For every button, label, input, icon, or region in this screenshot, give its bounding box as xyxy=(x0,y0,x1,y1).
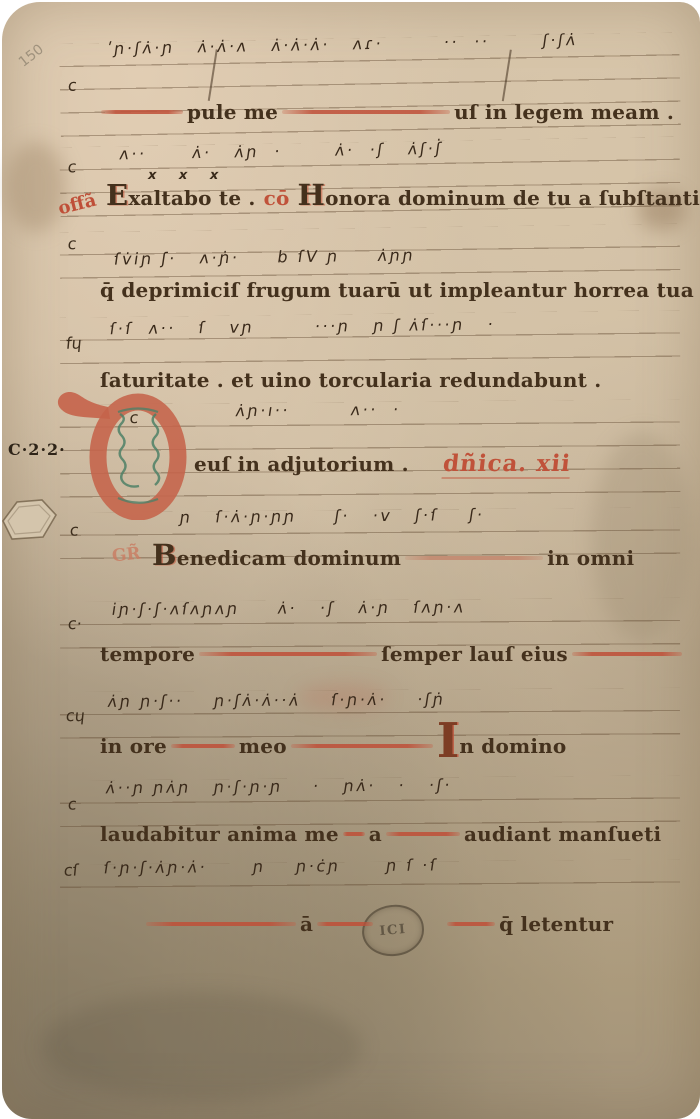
significative-letters: x x x xyxy=(146,168,228,183)
chant-text: q̄ letentur xyxy=(499,912,613,936)
communio-rubric: cō xyxy=(264,186,290,210)
red-extender-line xyxy=(343,832,365,837)
red-extender-line xyxy=(171,744,235,749)
chant-text: xaltabo te . xyxy=(128,186,255,210)
chant-text: in omni xyxy=(547,546,634,570)
red-extender-line xyxy=(317,922,373,927)
chant-text: euſ in adjutorium . xyxy=(194,452,409,476)
clef-letter: c· xyxy=(67,614,83,633)
illuminated-initial-D xyxy=(54,386,198,520)
parchment-page: 150 c ʹɲ·ʃʌ̇·ɲ ʌ̇·ʌ̇·ʌ ʌ̇·ʌ̇·ʌ̇· ʌɾ· ·· … xyxy=(2,2,700,1119)
neume-notation: ʌ̇ɲ ɲ·ʃ·· ɲ·ʃʌ̇·ʌ̇··ʌ̇ ſ·ɲ·ʌ̇· ·ʃɲ̇ xyxy=(106,689,447,710)
manuscript-photo: 150 c ʹɲ·ʃʌ̇·ɲ ʌ̇·ʌ̇·ʌ ʌ̇·ʌ̇·ʌ̇· ʌɾ· ·· … xyxy=(0,0,700,1119)
red-extender-line xyxy=(282,110,450,115)
music-staff-system: cſ ſ·ɲ·ʃ·ʌ̇ɲ·ʌ̇· ɲ ɲ·ċɲ ɲ ſ ·ſ xyxy=(60,859,686,900)
clef-letter: fɥ xyxy=(65,334,83,353)
clef-letter: cſ xyxy=(63,861,79,880)
chant-text: ſemper lauſ eius xyxy=(381,642,568,666)
parchment-hole xyxy=(0,490,60,548)
chant-text: audiant manſueti xyxy=(464,822,661,846)
chant-text-line: temporeſemper lauſ eius xyxy=(100,642,686,666)
neume-notation: ʌ̇ɲ·ı·· ʌ·· · xyxy=(234,400,402,420)
chant-text-line: ā q̄ letentur xyxy=(142,912,613,936)
clef-letter: c xyxy=(67,157,77,176)
chant-text-line: in oremeoIn domino xyxy=(100,734,566,758)
clef-letter: c xyxy=(67,795,78,814)
chant-text: onora dominum de tu a ſubſtantia xyxy=(325,186,700,210)
stamp-gap xyxy=(377,912,443,936)
music-staff-system: fɥ ſ·ſ ʌ·· ſ vɲ ···ɲ ɲ ʃ ʌ̇ſ···ɲ · xyxy=(60,310,687,376)
chant-text: meo xyxy=(239,734,287,758)
chant-text: enedicam dominum xyxy=(177,546,401,570)
red-extender-line xyxy=(101,110,183,115)
chant-text-line: euſ in adjutorium .dñica. xii xyxy=(194,450,570,479)
clef-letter: cɥ xyxy=(65,706,86,725)
clef-letter: c xyxy=(67,76,77,95)
parchment-stain xyxy=(6,142,66,232)
initial-letter-value: D xyxy=(2,2,3,3)
clef-letter: c xyxy=(69,521,80,540)
chant-text: laudabitur anima me xyxy=(100,822,339,846)
chant-text-line: Benedicam dominumin omni xyxy=(152,546,634,570)
chant-text: tempore xyxy=(100,642,195,666)
chant-text-line: q̄ deprimiciſ frugum tuarū ut impleantur… xyxy=(100,278,694,302)
sunday-rubric: dñica. xii xyxy=(441,450,572,479)
gradual-rubric: GR̃ xyxy=(111,544,142,567)
chant-text-line: Exaltabo te .cōHonora dominum de tu a ſu… xyxy=(106,186,700,210)
neume-notation: ſ·ɲ·ʃ·ʌ̇ɲ·ʌ̇· ɲ ɲ·ċɲ ɲ ſ ·ſ xyxy=(102,855,439,877)
red-extender-line xyxy=(405,556,543,561)
chant-text: a xyxy=(369,822,382,846)
neume-notation: ʌ̇··ɲ ɲʌ̇ɲ ɲ·ʃ·ɲ·ɲ · ɲʌ̇· · ·ʃ· xyxy=(104,775,453,797)
chant-text: pule me xyxy=(187,100,278,124)
chant-text-line: ſaturitate . et uino torcularia redundab… xyxy=(100,368,601,392)
clef-letter: c xyxy=(67,234,78,253)
chant-text: ſaturitate . et uino torcularia redundab… xyxy=(100,368,601,392)
red-extender-line xyxy=(572,652,682,657)
neume-notation: ı̇ɲ·ʃ·ʃ·ʌſʌɲʌɲ ʌ̇· ·ʃ ʌ̇·ɲ ſʌɲ·ʌ xyxy=(110,597,467,618)
red-extender-line xyxy=(291,744,433,749)
chant-text-line: pule meuſ in legem meam . xyxy=(97,100,674,124)
red-extender-line xyxy=(199,652,377,657)
red-extender-line xyxy=(447,922,495,927)
chant-text: in ore xyxy=(100,734,167,758)
chant-text: uſ in legem meam . xyxy=(454,100,674,124)
red-extender-line xyxy=(386,832,460,837)
chant-text: q̄ deprimiciſ frugum tuarū ut impleantur… xyxy=(100,278,694,302)
chant-text: ā xyxy=(300,912,313,936)
chant-text-line: laudabitur anima meaaudiant manſueti xyxy=(100,822,661,846)
parchment-stain xyxy=(42,992,362,1102)
pencil-folio-number: 150 xyxy=(16,41,47,70)
red-extender-line xyxy=(146,922,296,927)
chant-text: n domino xyxy=(459,734,566,758)
neume-notation: ɲ ſ·ʌ̇·ɲ·ɲɲ ʃ· ·v ʃ·ſ ʃ· xyxy=(178,505,486,527)
